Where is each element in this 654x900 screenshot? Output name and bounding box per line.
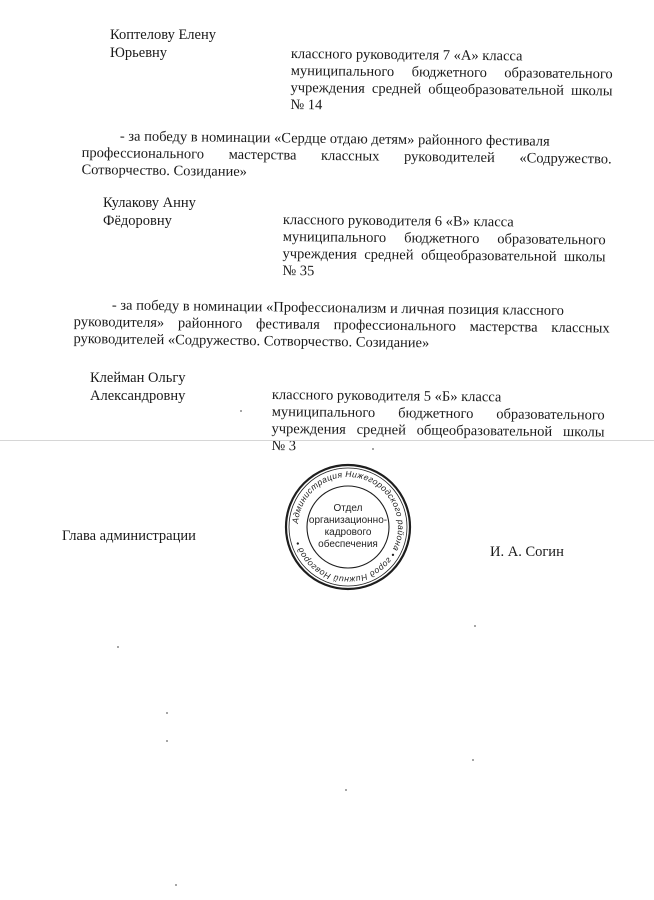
scan-speck: [372, 448, 374, 450]
awardee-role-1: классного руководителя 7 «А» класса муни…: [290, 46, 613, 117]
scan-speck: [175, 884, 177, 886]
role-line: учреждения средней общеобразовательной ш…: [271, 421, 604, 441]
stamp-line: организационно-: [309, 515, 387, 527]
signatory-position: Глава администрации: [62, 528, 196, 545]
awardee-name-2: Кулакову Анну Фёдоровну: [103, 194, 196, 230]
awardee-patronymic: Фёдоровну: [103, 212, 196, 230]
role-line: № 35: [282, 263, 605, 283]
role-line: № 3: [271, 438, 604, 458]
awardee-name-1: Коптелову Елену Юрьевну: [110, 26, 216, 62]
nomination-paragraph-2: - за победу в номинации «Профессионализм…: [73, 297, 610, 355]
awardee-patronymic: Александровну: [90, 387, 186, 405]
awardee-role-2: классного руководителя 6 «В» класса муни…: [282, 212, 606, 283]
awardee-surname-given: Кулакову Анну: [103, 194, 196, 212]
nomination-paragraph-1: - за победу в номинации «Сердце отдаю де…: [81, 128, 612, 185]
official-stamp: Администрация Нижегородского района • го…: [283, 462, 413, 592]
scan-speck: [166, 712, 168, 714]
role-line: учреждения средней общеобразовательной ш…: [282, 246, 605, 266]
scan-speck: [474, 625, 476, 627]
stamp-line: Отдел: [334, 503, 363, 515]
stamp-line: обеспечения: [318, 539, 378, 551]
signatory-name: И. А. Согин: [490, 544, 564, 561]
scan-speck: [117, 646, 119, 648]
stamp-line: кадрового: [325, 527, 372, 539]
awardee-patronymic: Юрьевну: [110, 44, 216, 62]
role-line: № 14: [290, 97, 612, 117]
scan-speck: [472, 759, 474, 761]
stamp-center-text: Отдел организационно- кадрового обеспече…: [283, 462, 413, 592]
awardee-role-3: классного руководителя 5 «Б» класса муни…: [271, 387, 605, 458]
scan-speck: [345, 789, 347, 791]
scan-speck: [240, 410, 242, 412]
scan-fold-line: [0, 440, 654, 441]
awardee-name-3: Клейман Ольгу Александровну: [90, 369, 186, 405]
role-line: учреждения средней общеобразовательной ш…: [290, 80, 612, 100]
awardee-surname-given: Клейман Ольгу: [90, 369, 186, 387]
awardee-surname-given: Коптелову Елену: [110, 26, 216, 44]
scan-speck: [166, 740, 168, 742]
